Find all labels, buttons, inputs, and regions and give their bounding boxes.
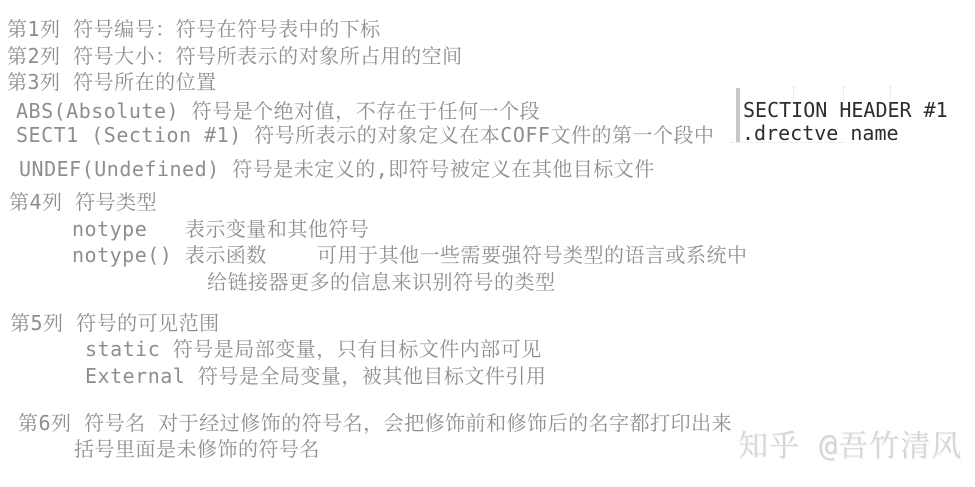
gridline-artifact [731, 142, 845, 143]
doc-line-col5: 第5列 符号的可见范围 [10, 311, 220, 335]
document-page: 第1列 符号编号：符号在符号表中的下标 第2列 符号大小：符号所表示的对象所占用… [0, 0, 975, 487]
doc-line-abs: ABS(Absolute) 符号是个绝对值，不存在于任何一个段 [16, 99, 540, 123]
doc-line-linker-info: 给链接器更多的信息来识别符号的类型 [207, 270, 556, 294]
zhihu-watermark: 知乎 @吾竹清风 [738, 431, 962, 463]
doc-line-col2: 第2列 符号大小：符号所表示的对象所占用的空间 [7, 44, 463, 68]
doc-line-undef: UNDEF(Undefined) 符号是未定义的,即符号被定义在其他目标文件 [19, 157, 655, 181]
doc-line-col3: 第3列 符号所在的位置 [7, 70, 217, 94]
doc-line-brackets: 括号里面是未修饰的符号名 [74, 437, 320, 461]
doc-line-col6: 第6列 符号名 对于经过修饰的符号名，会把修饰前和修饰后的名字都打印出来 [18, 411, 732, 435]
gridline-artifact [793, 86, 794, 100]
gridline-artifact [890, 86, 891, 100]
doc-line-col1: 第1列 符号编号：符号在符号表中的下标 [7, 17, 381, 41]
gridline-artifact [843, 86, 844, 100]
doc-line-sect1: SECT1 (Section #1) 符号所表示的对象定义在本COFF文件的第一… [16, 123, 714, 147]
code-line-section-header: SECTION HEADER #1 [743, 99, 948, 121]
doc-line-notype: notype 表示变量和其他符号 [72, 217, 369, 241]
code-line-drectve-name: .drectve name [742, 122, 899, 144]
doc-line-notype-func: notype() 表示函数 可用于其他一些需要强符号类型的语言或系统中 [72, 243, 748, 267]
doc-line-col4: 第4列 符号类型 [9, 190, 157, 214]
doc-line-static: static 符号是局部变量，只有目标文件内部可见 [85, 337, 542, 361]
text-cursor-bar [736, 88, 740, 142]
doc-line-external: External 符号是全局变量，被其他目标文件引用 [85, 364, 546, 388]
